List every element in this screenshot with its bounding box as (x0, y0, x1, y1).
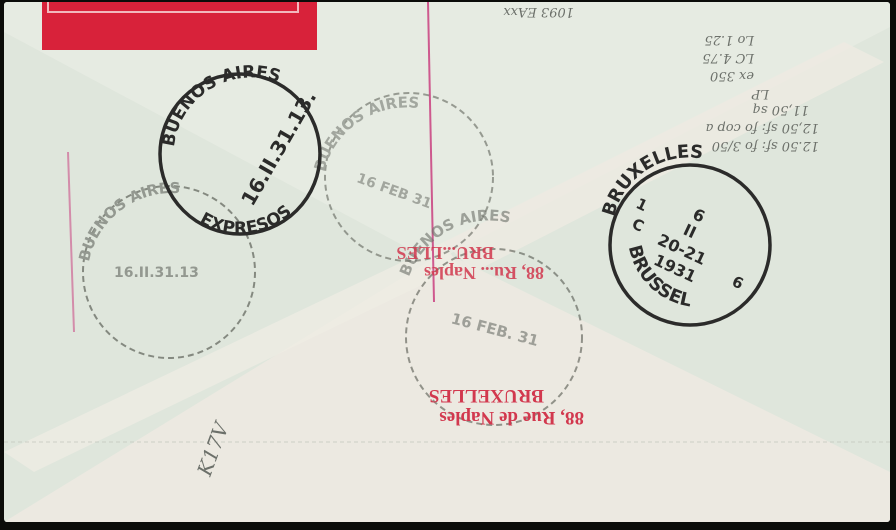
svg-text:EXPRESOS: EXPRESOS (197, 201, 296, 239)
svg-text:C: C (629, 215, 647, 236)
svg-text:LP: LP (751, 86, 770, 101)
svg-text:88, Ru... Naples: 88, Ru... Naples (424, 263, 544, 283)
svg-text:BRU...LLES: BRU...LLES (396, 243, 494, 263)
svg-text:11,50 sq: 11,50 sq (753, 102, 809, 117)
svg-text:ex 350: ex 350 (710, 68, 754, 83)
svg-text:BRUXELLES: BRUXELLES (429, 385, 544, 406)
envelope-back: BUENOS AIRES 16.II.31.13 BUENOS AIRES 16… (4, 2, 890, 522)
photo-frame: BUENOS AIRES 16.II.31.13 BUENOS AIRES 16… (0, 0, 896, 530)
envelope-artwork: BUENOS AIRES 16.II.31.13 BUENOS AIRES 16… (4, 2, 890, 522)
svg-text:12.50 sf: fo 3/50: 12.50 sf: fo 3/50 (712, 138, 819, 153)
svg-text:1093 EAxx: 1093 EAxx (503, 4, 574, 19)
svg-text:BUENOS AIRES: BUENOS AIRES (75, 179, 180, 263)
svg-text:Lo 1.25: Lo 1.25 (704, 32, 755, 47)
svg-text:1: 1 (633, 194, 650, 215)
svg-text:12,50 sf: fo cop a: 12,50 sf: fo cop a (706, 120, 819, 135)
svg-text:6: 6 (729, 272, 746, 293)
express-label (42, 2, 317, 50)
svg-text:LC 4.75: LC 4.75 (702, 50, 755, 65)
svg-text:88, Rue de Naples: 88, Rue de Naples (439, 407, 584, 428)
postmark-buenos-aires-faint-left: BUENOS AIRES 16.II.31.13 (75, 179, 255, 358)
pencil-note-top-center: 1093 EAxx (503, 4, 574, 19)
svg-text:16.II.31.13: 16.II.31.13 (114, 265, 199, 281)
